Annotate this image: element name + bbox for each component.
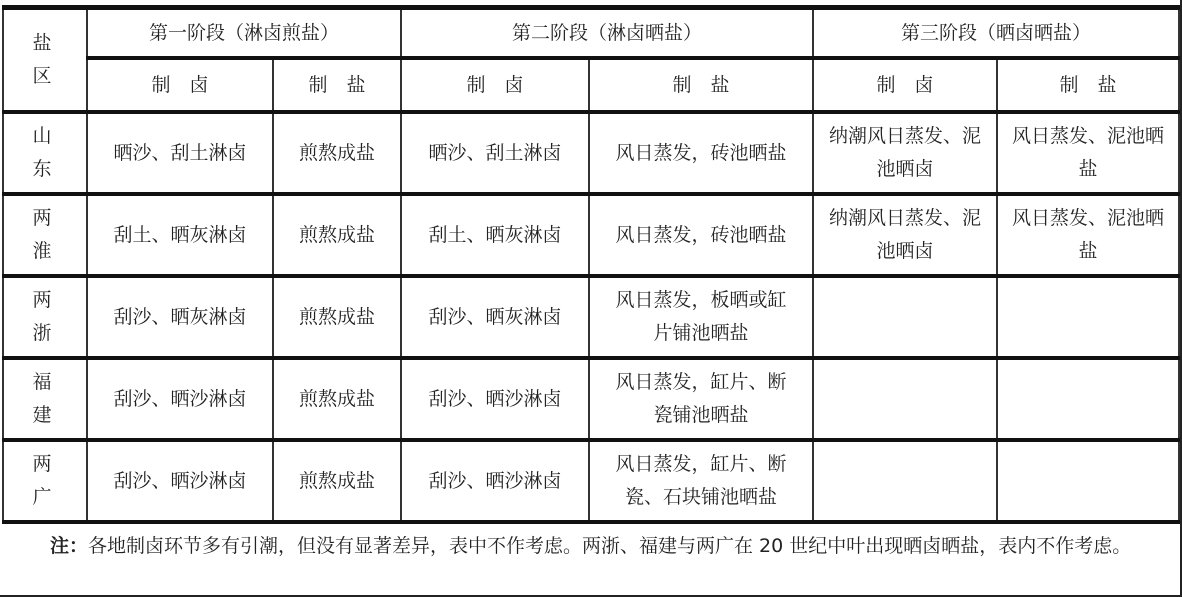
table-cell: 刮土、晒灰淋卤 [401,194,589,276]
region-cell: 福 建 [3,358,87,440]
table-row: 两 广 刮沙、晒沙淋卤 煎熬成盐 刮沙、晒沙淋卤 风日蒸发，缸片、断瓷、石块铺池… [3,440,1179,522]
note-text: 各地制卤环节多有引潮，但没有显著差异，表中不作考虑。两浙、福建与两广在 20 世… [88,535,1131,557]
table-row: 山 东 晒沙、刮土淋卤 煎熬成盐 晒沙、刮土淋卤 风日蒸发，砖池晒盐 纳潮风日蒸… [3,112,1179,194]
table-row: 两 淮 刮土、晒灰淋卤 煎熬成盐 刮土、晒灰淋卤 风日蒸发，砖池晒盐 纳潮风日蒸… [3,194,1179,276]
table-cell: 煎熬成盐 [273,194,401,276]
region-cell: 两 淮 [3,194,87,276]
table-cell: 刮沙、晒沙淋卤 [401,358,589,440]
table-cell [813,440,997,522]
stage-2-brine-header: 制 卤 [401,58,589,112]
table-cell [813,358,997,440]
table-cell: 煎熬成盐 [273,276,401,358]
stage-3-brine-header: 制 卤 [813,58,997,112]
table-cell: 风日蒸发，砖池晒盐 [589,194,813,276]
region-cell: 两 广 [3,440,87,522]
table-cell: 风日蒸发，板晒或缸片铺池晒盐 [589,276,813,358]
table-row: 福 建 刮沙、晒沙淋卤 煎熬成盐 刮沙、晒沙淋卤 风日蒸发，缸片、断瓷铺池晒盐 [3,358,1179,440]
stage-1-header: 第一阶段（淋卤煎盐） [87,8,401,59]
table-cell: 刮沙、晒灰淋卤 [401,276,589,358]
table-cell [997,276,1179,358]
header-row-stages: 盐 区 第一阶段（淋卤煎盐） 第二阶段（淋卤晒盐） 第三阶段（晒卤晒盐） [3,8,1179,59]
table-cell: 风日蒸发，缸片、断瓷、石块铺池晒盐 [589,440,813,522]
table-cell: 煎熬成盐 [273,112,401,194]
table-cell: 纳潮风日蒸发、泥池晒卤 [813,194,997,276]
table-cell: 刮土、晒灰淋卤 [87,194,273,276]
table-cell: 晒沙、刮土淋卤 [401,112,589,194]
table-cell: 煎熬成盐 [273,440,401,522]
stage-3-header: 第三阶段（晒卤晒盐） [813,8,1179,59]
table-cell: 刮沙、晒沙淋卤 [87,440,273,522]
table-row: 两 浙 刮沙、晒灰淋卤 煎熬成盐 刮沙、晒灰淋卤 风日蒸发，板晒或缸片铺池晒盐 [3,276,1179,358]
table-cell: 纳潮风日蒸发、泥池晒卤 [813,112,997,194]
stage-3-salt-header: 制 盐 [997,58,1179,112]
table-cell: 风日蒸发，缸片、断瓷铺池晒盐 [589,358,813,440]
region-cell: 两 浙 [3,276,87,358]
table-cell: 刮沙、晒沙淋卤 [87,358,273,440]
stage-2-header: 第二阶段（淋卤晒盐） [401,8,813,59]
table-cell [997,440,1179,522]
table-cell: 风日蒸发，砖池晒盐 [589,112,813,194]
table-cell: 风日蒸发、泥池晒盐 [997,112,1179,194]
salt-production-table: 盐 区 第一阶段（淋卤煎盐） 第二阶段（淋卤晒盐） 第三阶段（晒卤晒盐） 制 卤… [2,5,1180,524]
region-header: 盐 区 [3,8,87,113]
table-cell: 风日蒸发、泥池晒盐 [997,194,1179,276]
region-cell: 山 东 [3,112,87,194]
table-cell [813,276,997,358]
table-cell: 晒沙、刮土淋卤 [87,112,273,194]
table-cell: 煎熬成盐 [273,358,401,440]
header-row-steps: 制 卤 制 盐 制 卤 制 盐 制 卤 制 盐 [3,58,1179,112]
stage-1-brine-header: 制 卤 [87,58,273,112]
note-label: 注： [50,535,88,557]
table-cell: 刮沙、晒沙淋卤 [401,440,589,522]
stage-2-salt-header: 制 盐 [589,58,813,112]
table-note: 注：各地制卤环节多有引潮，但没有显著差异，表中不作考虑。两浙、福建与两广在 20… [2,532,1174,561]
stage-1-salt-header: 制 盐 [273,58,401,112]
table-cell [997,358,1179,440]
table-cell: 刮沙、晒灰淋卤 [87,276,273,358]
